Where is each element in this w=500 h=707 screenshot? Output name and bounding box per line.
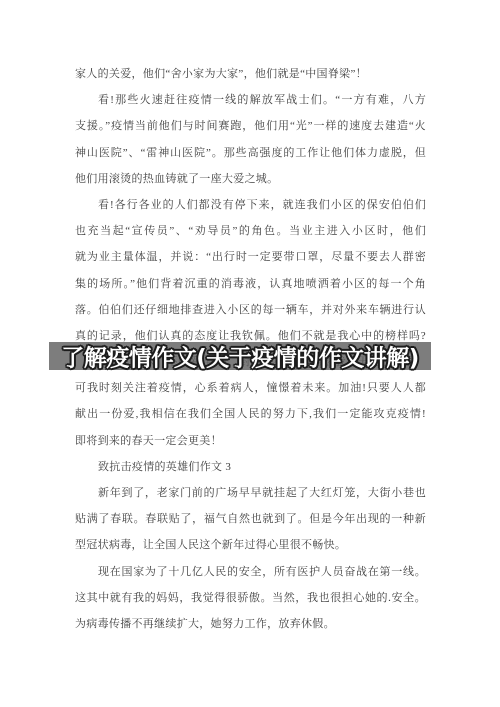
watermark-band: 了解疫情作文(关于疫情的作文讲解) (49, 342, 431, 370)
text-line: 看!各行各业的人们都没有停下来，就连我们小区的保安伯伯们 (75, 192, 426, 218)
text-line: 家人的关爱，他们“舍小家为大家”，他们就是“中国脊梁”！ (75, 61, 426, 87)
text-line: 就为业主量体温，并说：“出行时一定要带口罩，尽量不要去人群密 (75, 244, 426, 270)
text-line: 支援。”疫情当前他们与时间赛跑，他们用“光”一样的速度去建造“火 (75, 113, 426, 139)
watermark-title: 了解疫情作文(关于疫情的作文讲解) (61, 340, 419, 373)
text-line: 贴满了春联。春联贴了，福气自然也就到了。但是今年出现的一种新 (75, 506, 426, 532)
text-line: 致抗击疫情的英雄们作文 3 (75, 454, 426, 480)
text-line: 也充当起“宣传员”、“劝导员”的角色。当业主进入小区时，他们 (75, 218, 426, 244)
text-line: 为病毒传播不再继续扩大，她努力工作，放弃休假。 (75, 611, 426, 637)
text-line: 神山医院”、“雷神山医院”。那些高强度的工作让他们体力虚脱，但 (75, 140, 426, 166)
text-line: 新年到了，老家门前的广场早早就挂起了大红灯笼，大街小巷也 (75, 480, 426, 506)
text-line: 这其中就有我的妈妈，我觉得很骄傲。当然，我也很担心她的.安全。 (75, 585, 426, 611)
document-page: 家人的关爱，他们“舍小家为大家”，他们就是“中国脊梁”！看!那些火速赶往疫情一线… (0, 0, 500, 707)
text-line: 集的场所。”他们背着沉重的消毒液，认真地喷洒着小区的每一个角 (75, 271, 426, 297)
text-line: 献出一份爱,我相信在我们全国人民的努力下,我们一定能攻克疫情! (75, 401, 426, 427)
text-line: 可我时刻关注着疫情，心系着病人，憧憬着未来。加油!只要人人都 (75, 375, 426, 401)
text-line: 他们用滚烫的热血铸就了一座大爱之城。 (75, 166, 426, 192)
text-line: 现在国家为了十几亿人民的安全，所有医护人员奋战在第一线。 (75, 559, 426, 585)
text-line: 落。伯伯们还仔细地排查进入小区的每一辆车，并对外来车辆进行认 (75, 297, 426, 323)
text-line: 看!那些火速赶往疫情一线的解放军战士们。“一方有难，八方 (75, 87, 426, 113)
text-line: 型冠状病毒，让全国人民这个新年过得心里很不畅快。 (75, 532, 426, 558)
text-line: 即将到来的春天一定会更美！ (75, 428, 426, 454)
